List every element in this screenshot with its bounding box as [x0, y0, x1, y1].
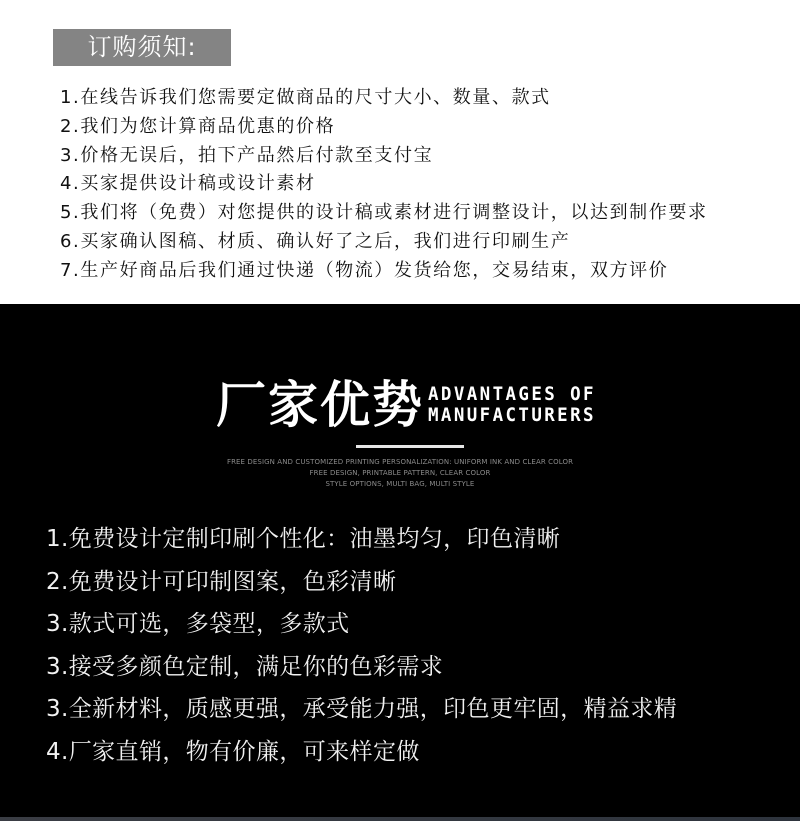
- advantages-title-en: ADVANTAGES OF MANUFACTURERS: [428, 384, 596, 426]
- order-step: 5.我们将（免费）对您提供的设计稿或素材进行调整设计，以达到制作要求: [60, 199, 708, 228]
- advantages-heading: 厂家优势 ADVANTAGES OF MANUFACTURERS: [216, 375, 611, 435]
- order-step: 2.我们为您计算商品优惠的价格: [60, 113, 708, 142]
- advantages-title-cn: 厂家优势: [216, 375, 424, 435]
- subtitle-line: FREE DESIGN AND CUSTOMIZED PRINTING PERS…: [0, 457, 800, 468]
- advantages-subtitle: FREE DESIGN AND CUSTOMIZED PRINTING PERS…: [0, 457, 800, 490]
- advantage-item: 3.款式可选，多袋型，多款式: [46, 603, 677, 646]
- advantage-item: 1.免费设计定制印刷个性化：油墨均匀，印色清晰: [46, 518, 677, 561]
- bottom-edge-band: [0, 817, 800, 821]
- advantages-title-en-line1: ADVANTAGES OF: [428, 384, 596, 405]
- order-notice-section: 订购须知: 1.在线告诉我们您需要定做商品的尺寸大小、数量、款式 2.我们为您计…: [0, 0, 800, 304]
- order-step: 7.生产好商品后我们通过快递（物流）发货给您，交易结束，双方评价: [60, 257, 708, 286]
- order-step: 6.买家确认图稿、材质、确认好了之后，我们进行印刷生产: [60, 228, 708, 257]
- advantage-item: 2.免费设计可印制图案，色彩清晰: [46, 561, 677, 604]
- advantage-item: 3.全新材料，质感更强，承受能力强，印色更牢固，精益求精: [46, 688, 677, 731]
- order-steps-list: 1.在线告诉我们您需要定做商品的尺寸大小、数量、款式 2.我们为您计算商品优惠的…: [60, 84, 708, 286]
- order-step: 3.价格无误后，拍下产品然后付款至支付宝: [60, 142, 708, 171]
- advantage-item: 4.厂家直销，物有价廉，可来样定做: [46, 731, 677, 774]
- subtitle-line: FREE DESIGN, PRINTABLE PATTERN, CLEAR CO…: [0, 468, 800, 479]
- advantages-list: 1.免费设计定制印刷个性化：油墨均匀，印色清晰 2.免费设计可印制图案，色彩清晰…: [46, 518, 677, 773]
- subtitle-line: STYLE OPTIONS, MULTI BAG, MULTI STYLE: [0, 479, 800, 490]
- order-notice-title: 订购须知:: [53, 29, 231, 66]
- advantage-item: 3.接受多颜色定制，满足你的色彩需求: [46, 646, 677, 689]
- order-step: 1.在线告诉我们您需要定做商品的尺寸大小、数量、款式: [60, 84, 708, 113]
- order-step: 4.买家提供设计稿或设计素材: [60, 170, 708, 199]
- advantages-title-en-line2: MANUFACTURERS: [428, 405, 596, 426]
- heading-divider: [356, 445, 464, 448]
